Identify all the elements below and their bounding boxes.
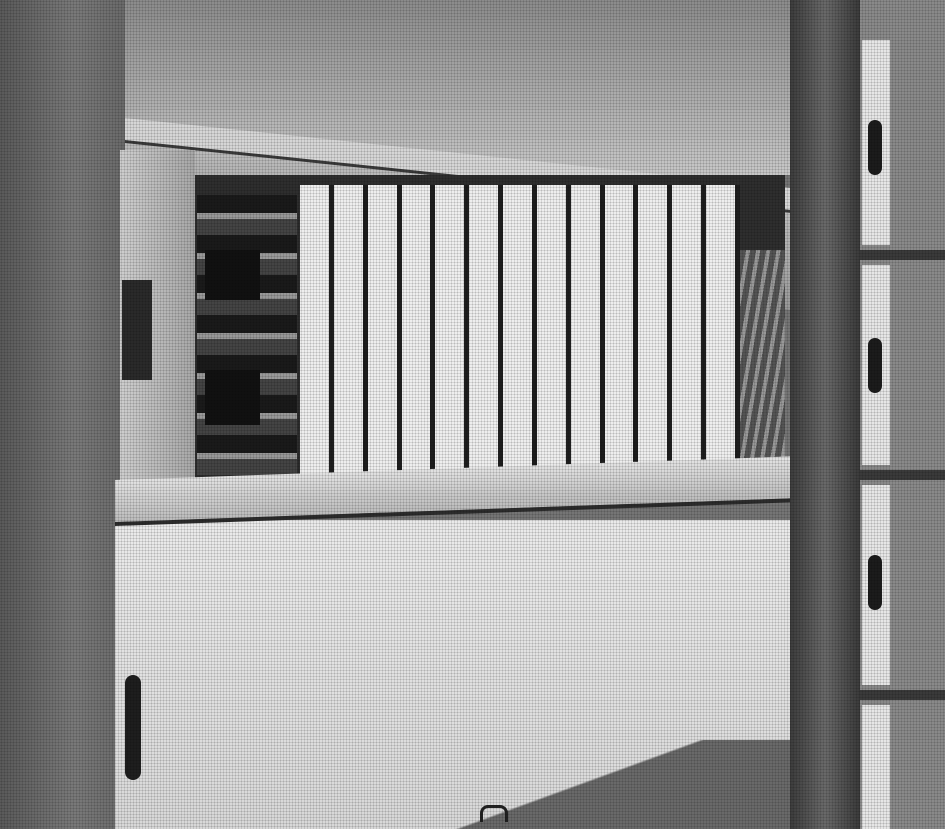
- shelf-ledge: [860, 470, 945, 480]
- circuit-card: [571, 185, 605, 490]
- circuit-card: [435, 185, 469, 490]
- equipment-rack-photo: [0, 0, 945, 829]
- circuit-card: [469, 185, 503, 490]
- circuit-card: [402, 185, 436, 490]
- circuit-card: [672, 185, 706, 490]
- circuit-card: [638, 185, 672, 490]
- circuit-card: [334, 185, 368, 490]
- electronics-module: [197, 195, 297, 475]
- panel-slot: [868, 555, 882, 610]
- floor-hook: [480, 805, 508, 822]
- panel-slot: [868, 120, 882, 175]
- circuit-card-row: [300, 185, 740, 490]
- circuit-card: [368, 185, 402, 490]
- lower-panel-handle: [125, 675, 141, 780]
- shelf-ledge: [860, 250, 945, 260]
- component-block: [205, 250, 260, 300]
- left-panel-handle: [122, 280, 152, 380]
- support-pillar: [790, 0, 860, 829]
- left-wall: [0, 0, 125, 829]
- circuit-card: [503, 185, 537, 490]
- circuit-card: [300, 185, 334, 490]
- circuit-card: [537, 185, 571, 490]
- component-block: [205, 370, 260, 425]
- circuit-card: [605, 185, 639, 490]
- floor-shadow: [420, 740, 795, 829]
- wiring-bundle: [740, 250, 785, 470]
- shelf-ledge: [860, 690, 945, 700]
- right-panel-strip: [862, 705, 890, 829]
- circuit-card: [706, 185, 740, 490]
- panel-slot: [868, 338, 882, 393]
